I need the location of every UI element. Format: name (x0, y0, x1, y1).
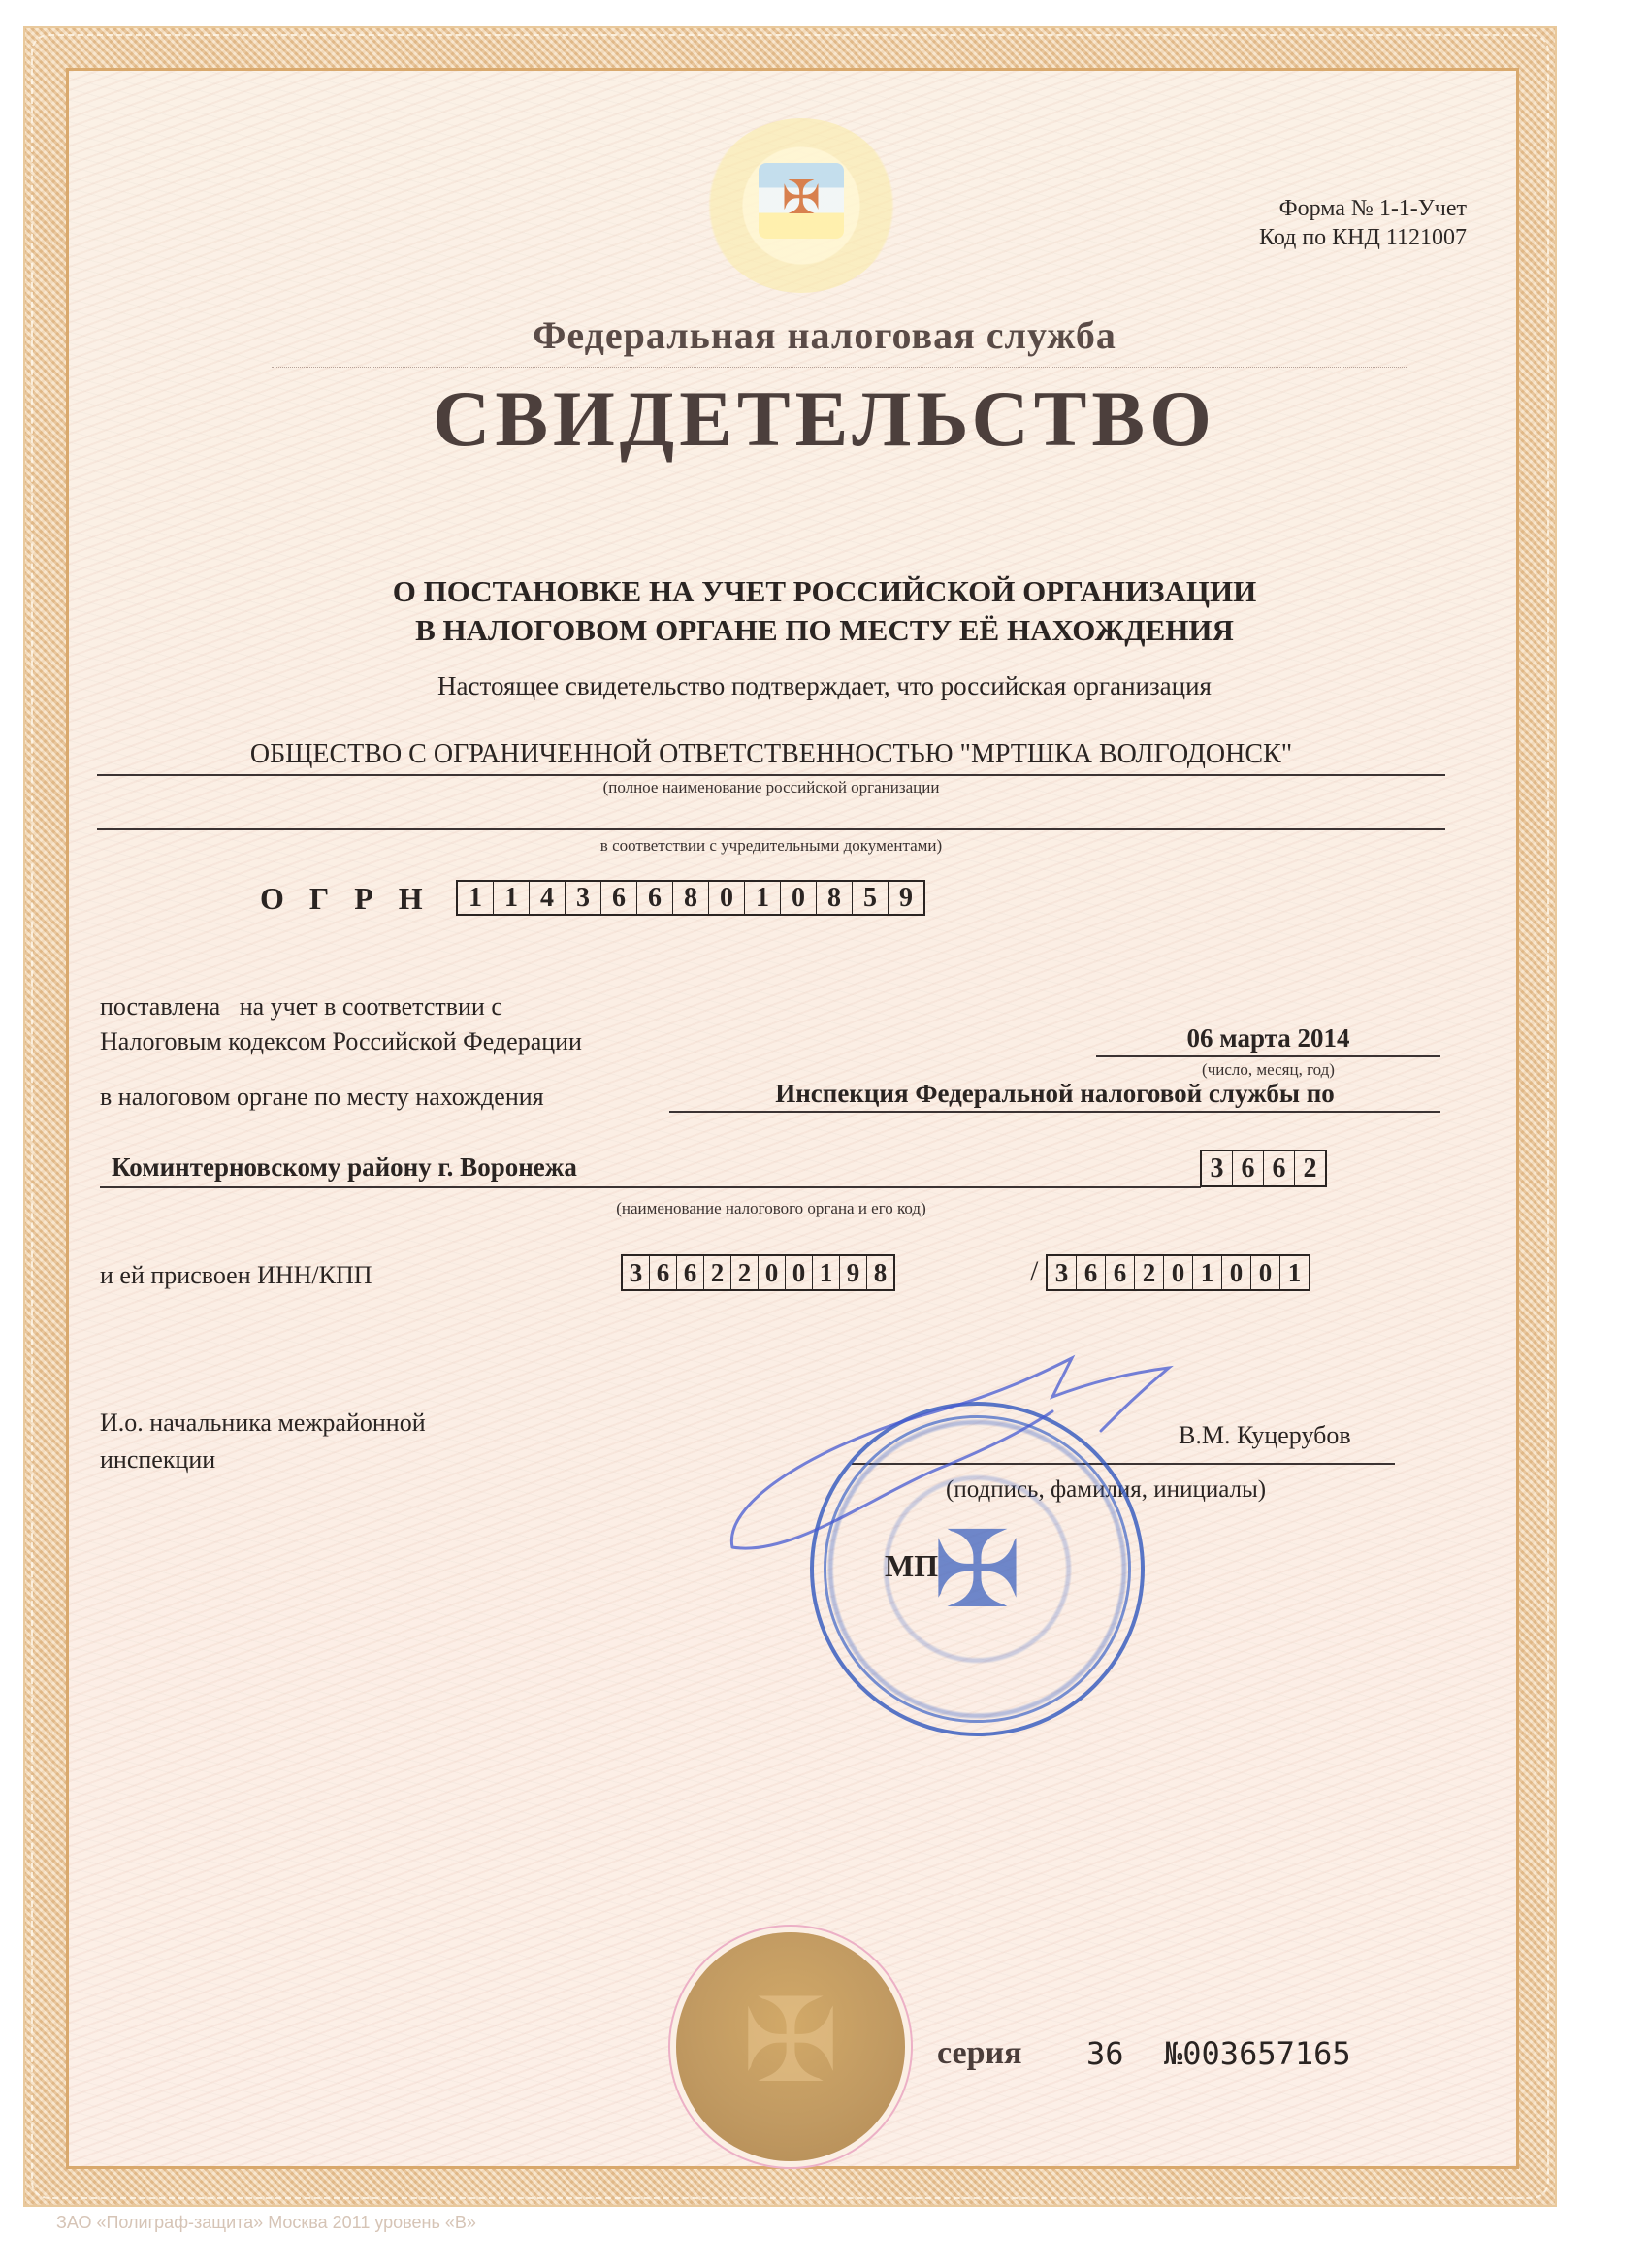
kpp-digit: 0 (1251, 1256, 1280, 1289)
signer-position: И.о. начальника межрайонной инспекции (100, 1405, 426, 1478)
registration-line-1: поставлена на учет в соответствии с (100, 989, 582, 1024)
handwritten-signature-icon (713, 1353, 1179, 1576)
registration-date: 06 марта 2014 (1096, 1023, 1440, 1057)
certificate-number: №003657165 (1164, 2035, 1351, 2072)
inn-digit: 9 (840, 1256, 867, 1289)
ogrn-digit: 9 (889, 882, 923, 914)
inn-digit: 0 (759, 1256, 786, 1289)
organization-hint-2: в соответствии с учредительными документ… (97, 836, 1445, 856)
ogrn-label: ОГРН (260, 881, 448, 917)
organ-code-digit: 6 (1264, 1151, 1295, 1185)
eagle-icon: ✠ (776, 169, 826, 229)
kpp-digit-boxes: 366201001 (1046, 1254, 1310, 1291)
inn-digit: 0 (786, 1256, 813, 1289)
kpp-digit: 0 (1164, 1256, 1193, 1289)
inn-digit-boxes: 3662200198 (621, 1254, 895, 1291)
ogrn-digit: 0 (709, 882, 745, 914)
ogrn-digit: 5 (853, 882, 889, 914)
registration-basis: поставлена на учет в соответствии с Нало… (100, 989, 582, 1059)
document-title: СВИДЕТЕЛЬСТВО (0, 373, 1649, 465)
inn-kpp-separator: / (1030, 1255, 1038, 1288)
signer-position-line-1: И.о. начальника межрайонной (100, 1405, 426, 1442)
series-label: серия (937, 2035, 1022, 2072)
form-code-block: Форма № 1-1-Учет Код по КНД 1121007 (1259, 194, 1467, 252)
organ-code-digit: 6 (1233, 1151, 1264, 1185)
ogrn-digit: 6 (637, 882, 673, 914)
organ-code-digit: 2 (1295, 1151, 1325, 1185)
kpp-digit: 1 (1280, 1256, 1309, 1289)
kpp-digit: 0 (1222, 1256, 1251, 1289)
form-number: Форма № 1-1-Учет (1259, 194, 1467, 223)
inn-digit: 8 (867, 1256, 893, 1289)
kpp-digit: 6 (1077, 1256, 1106, 1289)
series-value: 36 (1086, 2035, 1124, 2072)
ogrn-digit: 8 (817, 882, 853, 914)
inn-digit: 2 (704, 1256, 731, 1289)
ogrn-digit: 1 (458, 882, 494, 914)
intro-text: Настоящее свидетельство подтверждает, чт… (0, 671, 1649, 701)
ogrn-digit: 4 (530, 882, 566, 914)
subtitle-line-2: В НАЛОГОВОМ ОРГАНЕ ПО МЕСТУ ЕЁ НАХОЖДЕНИ… (0, 611, 1649, 650)
inn-kpp-label: и ей присвоен ИНН/КПП (100, 1261, 372, 1290)
ogrn-digit: 1 (494, 882, 530, 914)
organization-second-line (97, 828, 1445, 830)
tax-organ-name-line-2: Коминтерновскому району г. Воронежа (100, 1152, 1201, 1188)
fns-emblem-icon: ✠ (706, 118, 896, 293)
kpp-digit: 1 (1193, 1256, 1222, 1289)
inn-digit: 2 (731, 1256, 759, 1289)
kpp-digit: 2 (1135, 1256, 1164, 1289)
inn-digit: 3 (623, 1256, 650, 1289)
inn-digit: 1 (813, 1256, 840, 1289)
organization-name: ОБЩЕСТВО С ОГРАНИЧЕННОЙ ОТВЕТСТВЕННОСТЬЮ… (97, 739, 1445, 776)
ogrn-digit: 6 (601, 882, 637, 914)
signer-name: В.М. Куцерубов (1179, 1421, 1351, 1450)
organization-hint-1: (полное наименование российской организа… (97, 778, 1445, 797)
ogrn-digit: 8 (673, 882, 709, 914)
signer-position-line-2: инспекции (100, 1442, 426, 1478)
seal-eagle-icon: ✠ (676, 1979, 905, 2105)
printer-imprint: ЗАО «Полиграф-защита» Москва 2011 уровен… (56, 2213, 476, 2233)
subtitle-line-1: О ПОСТАНОВКЕ НА УЧЕТ РОССИЙСКОЙ ОРГАНИЗА… (0, 572, 1649, 611)
kpp-digit: 6 (1106, 1256, 1135, 1289)
document-subtitle: О ПОСТАНОВКЕ НА УЧЕТ РОССИЙСКОЙ ОРГАНИЗА… (0, 572, 1649, 650)
agency-divider (272, 367, 1406, 368)
tax-organ-code-boxes: 3662 (1200, 1150, 1327, 1187)
ogrn-digit: 3 (566, 882, 601, 914)
tax-organ-label: в налоговом органе по месту нахождения (100, 1083, 544, 1112)
tax-organ-name-line-1: Инспекция Федеральной налоговой службы п… (669, 1079, 1440, 1113)
tax-organ-hint: (наименование налогового органа и его ко… (97, 1199, 1445, 1218)
ogrn-digit: 1 (745, 882, 781, 914)
agency-name: Федеральная налоговая служба (0, 312, 1649, 358)
knd-code: Код по КНД 1121007 (1259, 223, 1467, 252)
registration-line-2: Налоговым кодексом Российской Федерации (100, 1024, 582, 1059)
ogrn-digit-boxes: 1143668010859 (456, 880, 925, 916)
inn-digit: 6 (650, 1256, 677, 1289)
ogrn-digit: 0 (781, 882, 817, 914)
gold-seal-icon: ✠ (676, 1932, 905, 2161)
organ-code-digit: 3 (1202, 1151, 1233, 1185)
inn-digit: 6 (677, 1256, 704, 1289)
kpp-digit: 3 (1048, 1256, 1077, 1289)
date-hint: (число, месяц, год) (1096, 1060, 1440, 1080)
